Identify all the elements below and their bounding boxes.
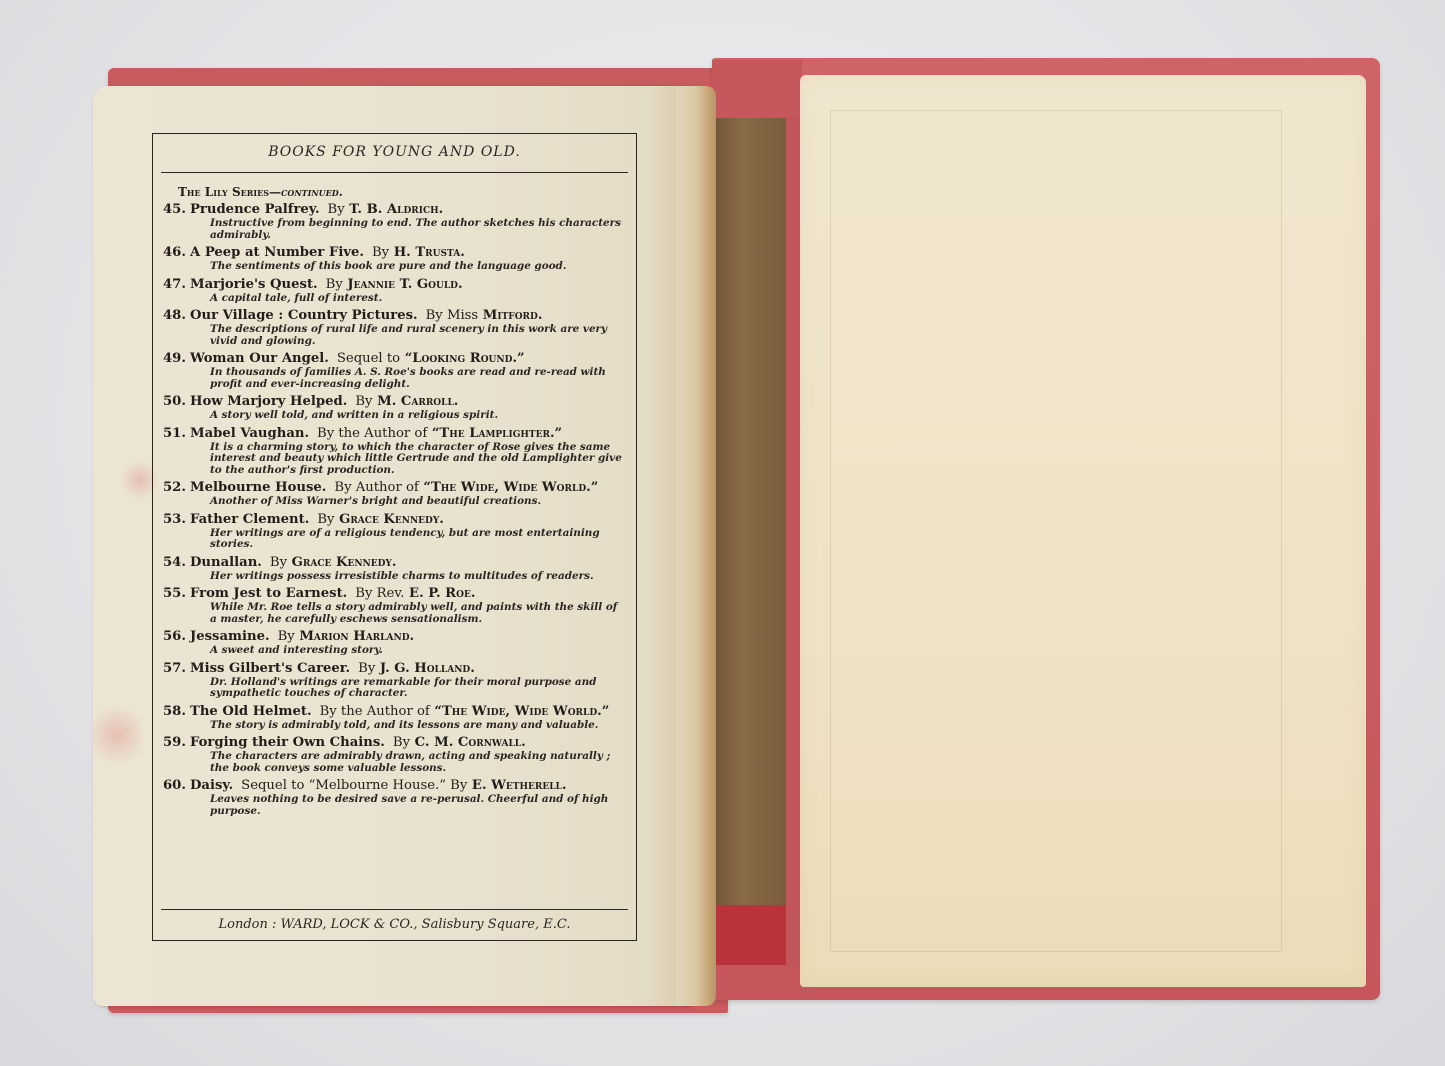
- entry-description: The characters are admirably drawn, acti…: [210, 751, 626, 774]
- list-item: 58.The Old Helmet.By the Author of “The …: [163, 703, 626, 732]
- entry-by: By: [270, 555, 287, 570]
- entry-title: Mabel Vaughan.: [190, 426, 309, 441]
- entry-by: By Miss: [426, 308, 479, 323]
- entry-author: “The Lamplighter.”: [432, 426, 562, 441]
- entry-description: The sentiments of this book are pure and…: [210, 261, 626, 273]
- entry-by: By: [355, 394, 372, 409]
- entry-description: While Mr. Roe tells a story admirably we…: [210, 602, 626, 625]
- entry-heading: 55.From Jest to Earnest.By Rev. E. P. Ro…: [163, 585, 626, 602]
- list-item: 49.Woman Our Angel.Sequel to “Looking Ro…: [163, 350, 626, 390]
- entry-description: Leaves nothing to be desired save a re-p…: [210, 794, 626, 817]
- list-item: 45.Prudence Palfrey.By T. B. Aldrich.Ins…: [163, 201, 626, 241]
- entry-heading: 48.Our Village : Country Pictures.By Mis…: [163, 307, 626, 324]
- entry-by: By: [393, 735, 410, 750]
- exposed-spine-board: [712, 118, 787, 928]
- entry-description: Another of Miss Warner's bright and beau…: [210, 496, 626, 508]
- entry-description: Dr. Holland's writings are remarkable fo…: [210, 677, 626, 700]
- entry-author: C. M. Cornwall.: [415, 735, 526, 750]
- entry-by: By: [278, 629, 295, 644]
- book-list: 45.Prudence Palfrey.By T. B. Aldrich.Ins…: [163, 201, 626, 817]
- entry-by: By the Author of: [317, 426, 427, 441]
- entry-heading: 53.Father Clement.By Grace Kennedy.: [163, 511, 626, 528]
- entry-title: Dunallan.: [190, 555, 262, 570]
- entry-author: Marion Harland.: [299, 629, 414, 644]
- entry-author: E. Wetherell.: [472, 778, 567, 793]
- entry-title: Daisy.: [190, 778, 233, 793]
- entry-author: Mitford.: [483, 308, 543, 323]
- entry-by: By Rev.: [355, 586, 404, 601]
- list-item: 57.Miss Gilbert's Career.By J. G. Hollan…: [163, 660, 626, 700]
- entry-number: 52.: [163, 479, 190, 496]
- series-suffix: —continued.: [269, 185, 343, 199]
- entry-title: Melbourne House.: [190, 480, 326, 495]
- series-title: The Lily Series—continued.: [178, 185, 636, 199]
- entry-number: 54.: [163, 554, 190, 571]
- entry-description: A story well told, and written in a reli…: [210, 410, 626, 422]
- entry-description: It is a charming story, to which the cha…: [210, 442, 626, 477]
- entry-number: 60.: [163, 777, 190, 794]
- entry-by: By Author of: [334, 480, 418, 495]
- list-item: 59.Forging their Own Chains.By C. M. Cor…: [163, 734, 626, 774]
- entry-title: From Jest to Earnest.: [190, 586, 347, 601]
- entry-author: M. Carroll.: [377, 394, 458, 409]
- publisher-imprint: London : WARD, LOCK & CO., Salisbury Squ…: [161, 909, 628, 940]
- list-item: 48.Our Village : Country Pictures.By Mis…: [163, 307, 626, 347]
- spine-cloth-top: [712, 60, 802, 120]
- entry-by: Sequel to: [337, 351, 400, 366]
- entry-author: Grace Kennedy.: [292, 555, 397, 570]
- entry-number: 53.: [163, 511, 190, 528]
- entry-heading: 57.Miss Gilbert's Career.By J. G. Hollan…: [163, 660, 626, 677]
- entry-number: 48.: [163, 307, 190, 324]
- series-label: The Lily Series: [178, 185, 269, 199]
- entry-number: 45.: [163, 201, 190, 218]
- list-item: 46.A Peep at Number Five.By H. Trusta.Th…: [163, 244, 626, 273]
- entry-author: Jeannie T. Gould.: [347, 277, 462, 292]
- page-stain: [92, 700, 142, 770]
- list-item: 56.Jessamine.By Marion Harland.A sweet a…: [163, 628, 626, 657]
- entry-title: Jessamine.: [190, 629, 270, 644]
- list-item: 53.Father Clement.By Grace Kennedy.Her w…: [163, 511, 626, 551]
- entry-by: By: [328, 202, 345, 217]
- entry-heading: 47.Marjorie's Quest.By Jeannie T. Gould.: [163, 276, 626, 293]
- entry-author: E. P. Roe.: [409, 586, 475, 601]
- entry-title: A Peep at Number Five.: [190, 245, 364, 260]
- entry-heading: 49.Woman Our Angel.Sequel to “Looking Ro…: [163, 350, 626, 367]
- entry-by: By the Author of: [320, 704, 430, 719]
- entry-number: 50.: [163, 393, 190, 410]
- entry-description: A sweet and interesting story.: [210, 645, 626, 657]
- entry-heading: 46.A Peep at Number Five.By H. Trusta.: [163, 244, 626, 261]
- list-item: 60.Daisy.Sequel to “Melbourne House.” By…: [163, 777, 626, 817]
- entry-description: In thousands of families A. S. Roe's boo…: [210, 367, 626, 390]
- entry-title: Marjorie's Quest.: [190, 277, 318, 292]
- entry-number: 59.: [163, 734, 190, 751]
- entry-number: 55.: [163, 585, 190, 602]
- list-item: 54.Dunallan.By Grace Kennedy.Her writing…: [163, 554, 626, 583]
- list-item: 55.From Jest to Earnest.By Rev. E. P. Ro…: [163, 585, 626, 625]
- entry-author: H. Trusta.: [394, 245, 465, 260]
- list-item: 47.Marjorie's Quest.By Jeannie T. Gould.…: [163, 276, 626, 305]
- entry-description: Her writings are of a religious tendency…: [210, 528, 626, 551]
- list-item: 50.How Marjory Helped.By M. Carroll.A st…: [163, 393, 626, 422]
- entry-heading: 56.Jessamine.By Marion Harland.: [163, 628, 626, 645]
- entry-by: By: [317, 512, 334, 527]
- entry-heading: 45.Prudence Palfrey.By T. B. Aldrich.: [163, 201, 626, 218]
- entry-author: “Looking Round.”: [405, 351, 525, 366]
- entry-title: How Marjory Helped.: [190, 394, 347, 409]
- entry-heading: 58.The Old Helmet.By the Author of “The …: [163, 703, 626, 720]
- entry-number: 57.: [163, 660, 190, 677]
- entry-description: Her writings possess irresistible charms…: [210, 571, 626, 583]
- list-item: 52.Melbourne House.By Author of “The Wid…: [163, 479, 626, 508]
- entry-author: “The Wide, Wide World.”: [423, 480, 598, 495]
- entry-title: The Old Helmet.: [190, 704, 312, 719]
- entry-description: Instructive from beginning to end. The a…: [210, 218, 626, 241]
- entry-heading: 59.Forging their Own Chains.By C. M. Cor…: [163, 734, 626, 751]
- entry-by: By: [372, 245, 389, 260]
- entry-number: 49.: [163, 350, 190, 367]
- entry-title: Our Village : Country Pictures.: [190, 308, 418, 323]
- entry-number: 58.: [163, 703, 190, 720]
- entry-author: T. B. Aldrich.: [349, 202, 443, 217]
- entry-heading: 50.How Marjory Helped.By M. Carroll.: [163, 393, 626, 410]
- entry-number: 56.: [163, 628, 190, 645]
- entry-heading: 60.Daisy.Sequel to “Melbourne House.” By…: [163, 777, 626, 794]
- page-header: BOOKS FOR YOUNG AND OLD.: [161, 134, 628, 173]
- entry-title: Miss Gilbert's Career.: [190, 661, 350, 676]
- list-item: 51.Mabel Vaughan.By the Author of “The L…: [163, 425, 626, 477]
- entry-title: Prudence Palfrey.: [190, 202, 320, 217]
- entry-by: Sequel to “Melbourne House.” By: [241, 778, 467, 793]
- endpaper-embossed-panel: [830, 110, 1282, 952]
- entry-description: The descriptions of rural life and rural…: [210, 324, 626, 347]
- entry-author: Grace Kennedy.: [339, 512, 444, 527]
- entry-title: Forging their Own Chains.: [190, 735, 385, 750]
- entry-title: Father Clement.: [190, 512, 309, 527]
- entry-by: By: [358, 661, 375, 676]
- entry-heading: 51.Mabel Vaughan.By the Author of “The L…: [163, 425, 626, 442]
- entry-author: “The Wide, Wide World.”: [434, 704, 609, 719]
- entry-by: By: [326, 277, 343, 292]
- entry-number: 47.: [163, 276, 190, 293]
- entry-title: Woman Our Angel.: [190, 351, 329, 366]
- entry-author: J. G. Holland.: [380, 661, 475, 676]
- entry-number: 46.: [163, 244, 190, 261]
- entry-description: A capital tale, full of interest.: [210, 293, 626, 305]
- entry-number: 51.: [163, 425, 190, 442]
- entry-description: The story is admirably told, and its les…: [210, 720, 626, 732]
- entry-heading: 52.Melbourne House.By Author of “The Wid…: [163, 479, 626, 496]
- text-block-spine-edge: [676, 86, 716, 1006]
- advertisement-frame: BOOKS FOR YOUNG AND OLD. The Lily Series…: [152, 133, 637, 941]
- entry-heading: 54.Dunallan.By Grace Kennedy.: [163, 554, 626, 571]
